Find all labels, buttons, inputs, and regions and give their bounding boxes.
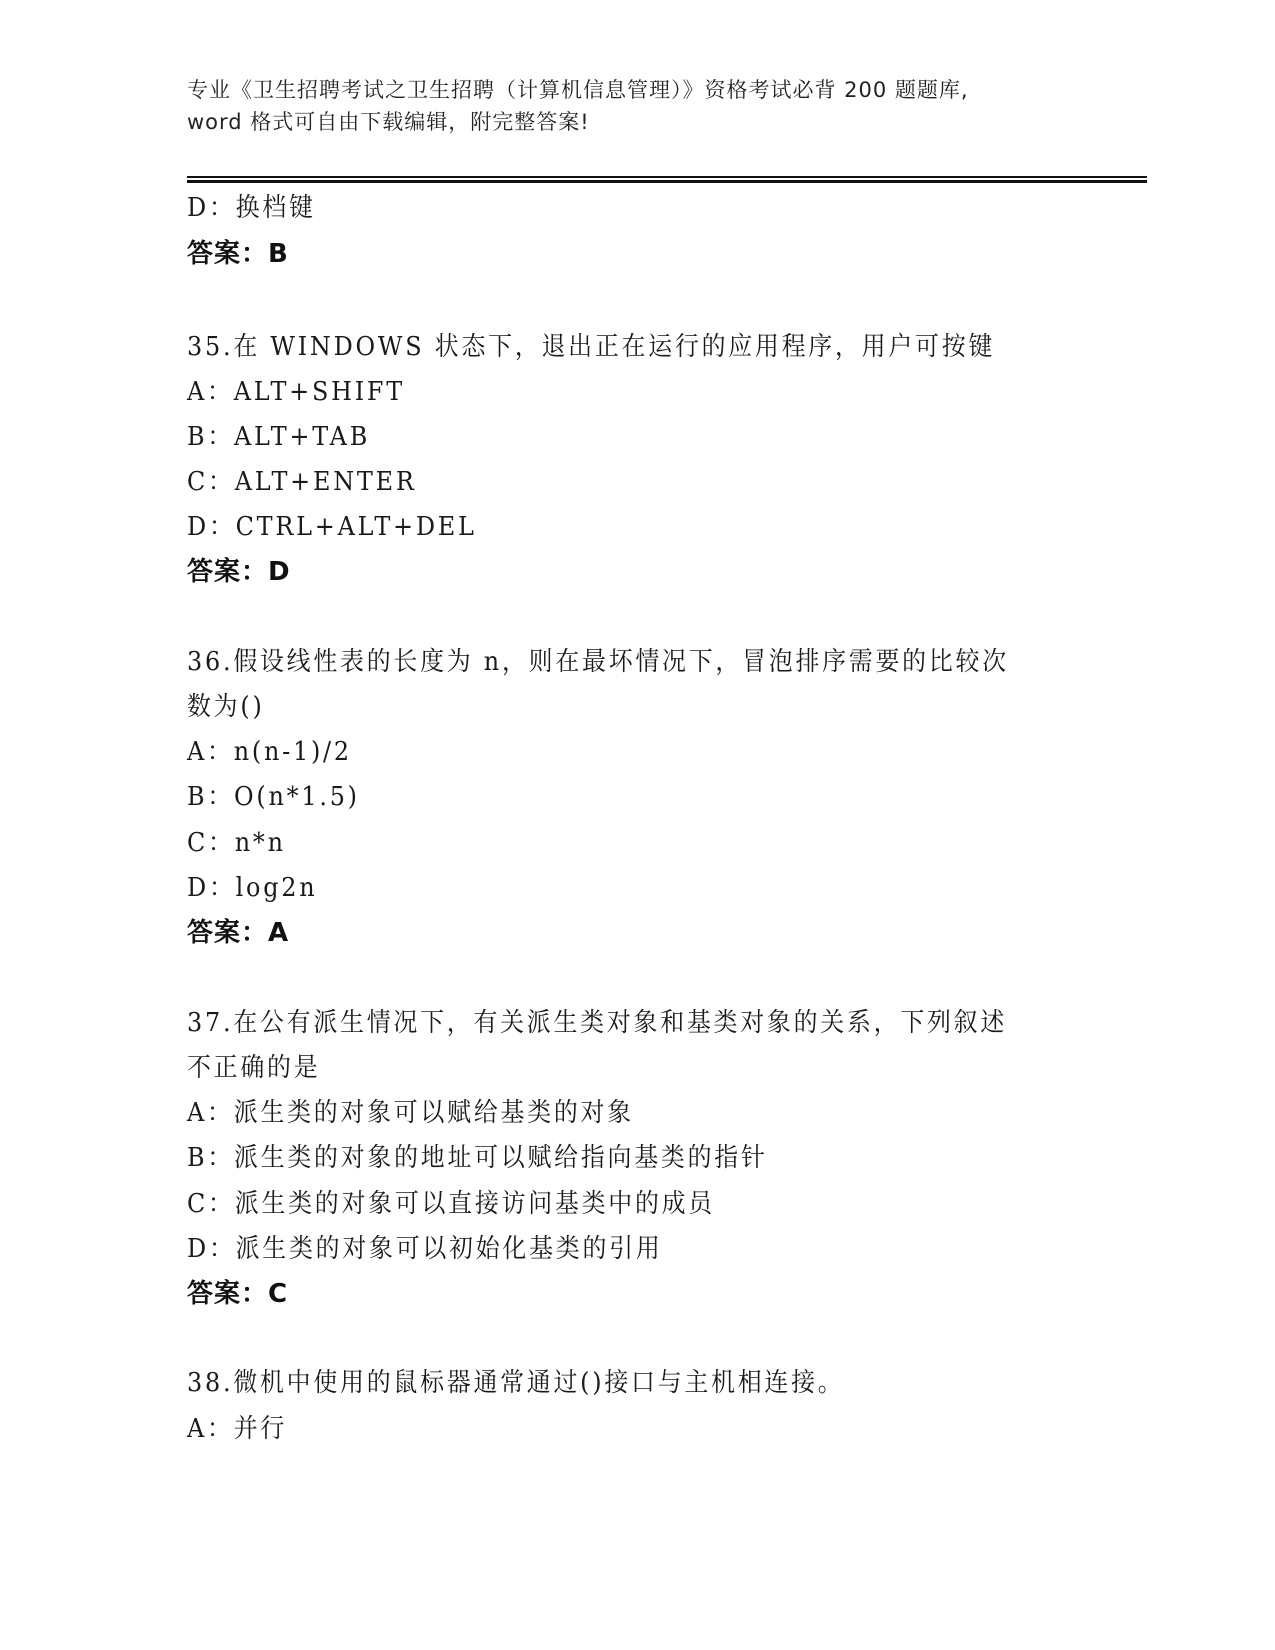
- question-35-answer: 答案：D: [187, 556, 291, 588]
- question-36-option-b: B：O(n*1.5): [187, 781, 360, 813]
- question-37-answer: 答案：C: [187, 1278, 288, 1310]
- question-37-option-a: A：派生类的对象可以赋给基类的对象: [187, 1097, 634, 1129]
- header-divider-thick: [187, 180, 1147, 183]
- question-37-stem-line-1: 37.在公有派生情况下，有关派生类对象和基类对象的关系，下列叙述: [187, 1007, 1007, 1039]
- question-36-stem-line-1: 36.假设线性表的长度为 n，则在最坏情况下，冒泡排序需要的比较次: [187, 646, 1009, 678]
- header-title-line-1: 专业《卫生招聘考试之卫生招聘（计算机信息管理）》资格考试必背 200 题题库,: [187, 74, 1087, 106]
- question-35-option-a: A：ALT+SHIFT: [187, 376, 405, 408]
- question-35-option-c: C：ALT+ENTER: [187, 466, 417, 498]
- answer-continued: 答案：B: [187, 238, 289, 270]
- question-36-option-d: D：log2n: [187, 872, 317, 904]
- question-35-stem: 35.在 WINDOWS 状态下，退出正在运行的应用程序，用户可按键: [187, 331, 995, 363]
- question-37-stem-line-2: 不正确的是: [187, 1052, 320, 1084]
- header-title-line-2: word 格式可自由下载编辑，附完整答案!: [187, 106, 1087, 138]
- question-37-option-b: B：派生类的对象的地址可以赋给指向基类的指针: [187, 1142, 768, 1174]
- question-36-stem-line-2: 数为(): [187, 691, 265, 723]
- question-36-answer: 答案：A: [187, 917, 289, 949]
- option-d-continued: D：换档键: [187, 192, 316, 224]
- question-37-option-c: C：派生类的对象可以直接访问基类中的成员: [187, 1188, 715, 1220]
- question-37-option-d: D：派生类的对象可以初始化基类的引用: [187, 1233, 663, 1265]
- question-38-stem: 38.微机中使用的鼠标器通常通过()接口与主机相连接。: [187, 1367, 844, 1399]
- document-page: 专业《卫生招聘考试之卫生招聘（计算机信息管理）》资格考试必背 200 题题库, …: [0, 0, 1275, 1650]
- question-35-option-d: D：CTRL+ALT+DEL: [187, 511, 477, 543]
- question-35-option-b: B：ALT+TAB: [187, 421, 370, 453]
- question-36-option-c: C：n*n: [187, 827, 286, 859]
- question-38-option-a: A：并行: [187, 1413, 287, 1445]
- document-header: 专业《卫生招聘考试之卫生招聘（计算机信息管理）》资格考试必背 200 题题库, …: [187, 74, 1087, 138]
- header-divider-thin: [187, 176, 1147, 178]
- question-36-option-a: A：n(n-1)/2: [187, 736, 352, 768]
